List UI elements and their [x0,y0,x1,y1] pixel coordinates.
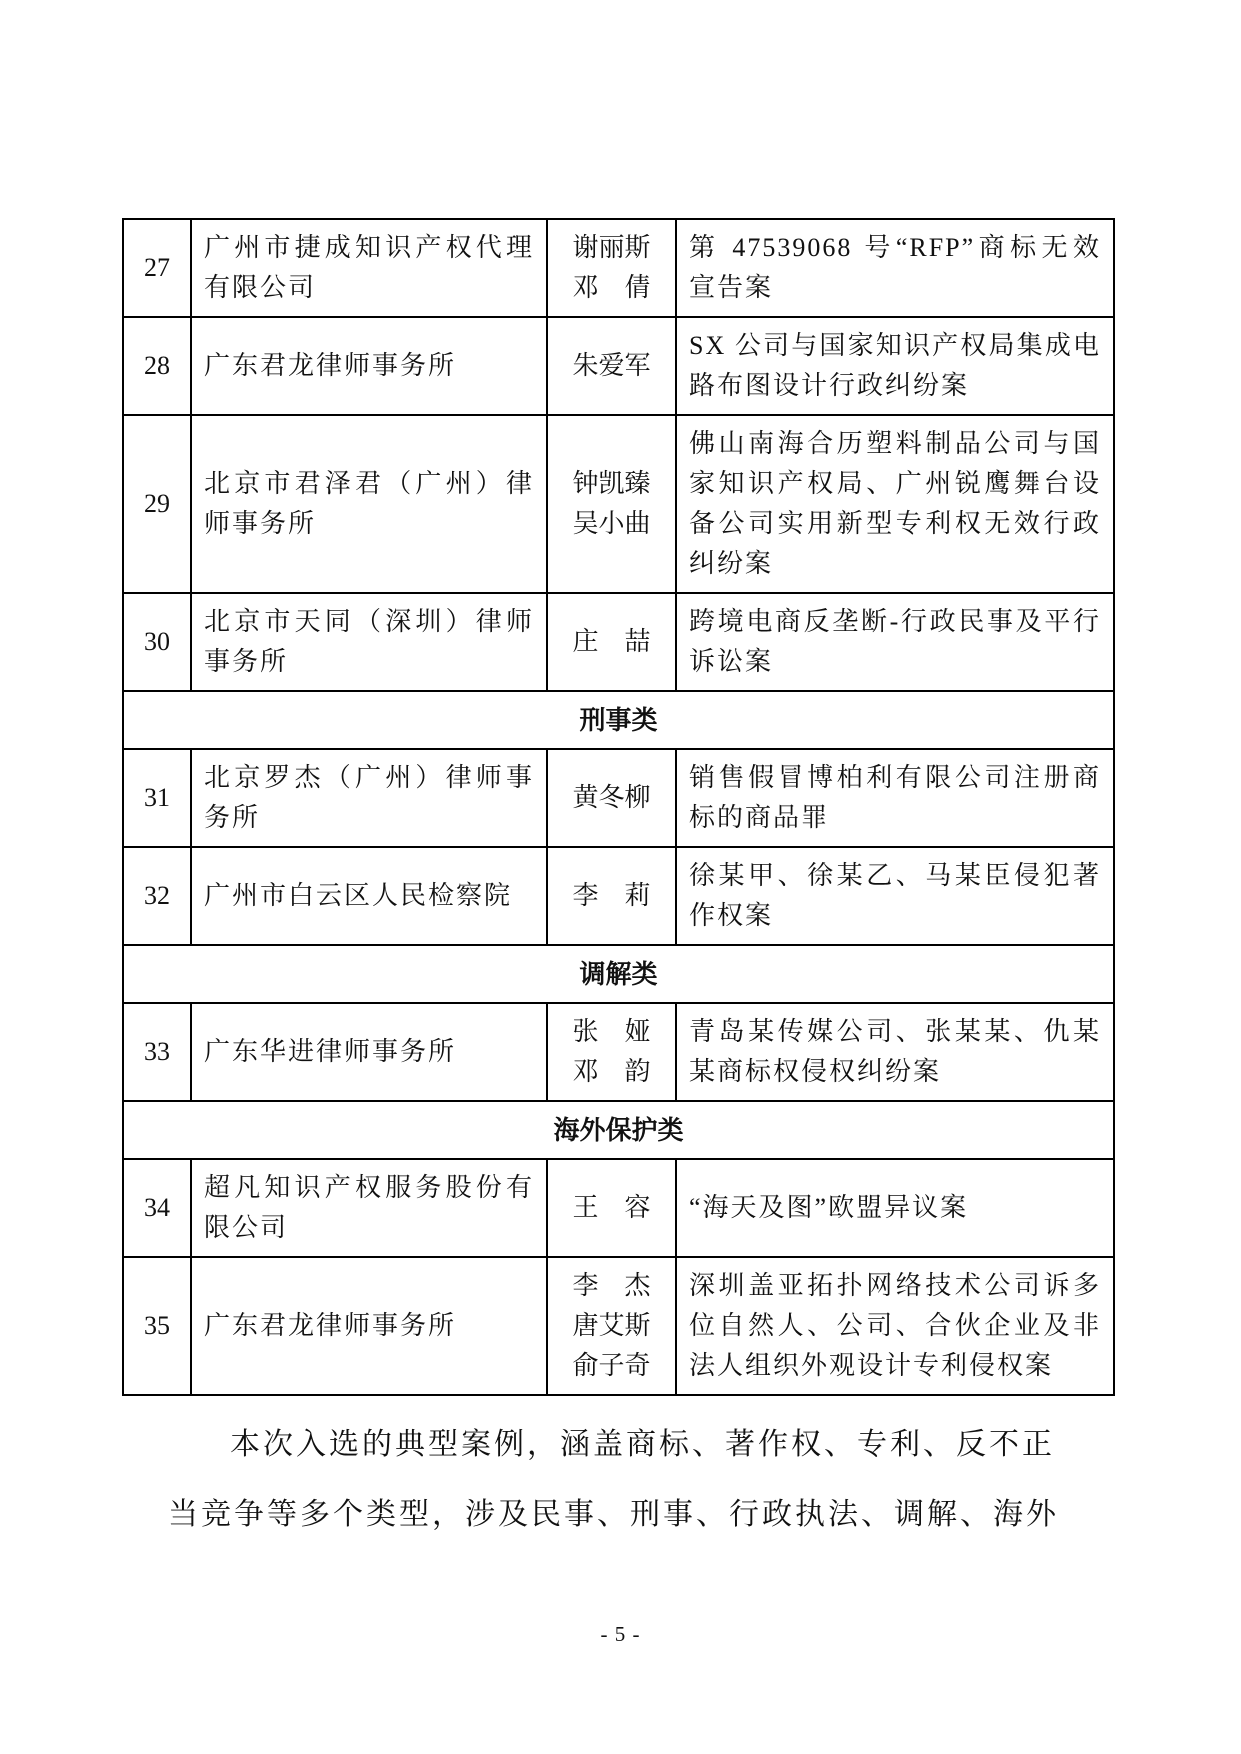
lawyer-name: 钟凯臻 [552,464,671,504]
firm-name: 北京市君泽君（广州）律师事务所 [191,415,547,593]
lawyer-name: 唐艾斯 [552,1306,671,1346]
row-number: 29 [123,415,191,593]
lawyer-names: 谢丽斯邓 倩 [547,219,676,317]
row-number: 31 [123,749,191,847]
case-name: 第 47539068 号“RFP”商标无效宣告案 [676,219,1114,317]
row-number: 34 [123,1159,191,1257]
case-table-body: 27广州市捷成知识产权代理有限公司谢丽斯邓 倩第 47539068 号“RFP”… [123,219,1114,1395]
firm-name: 超凡知识产权服务股份有限公司 [191,1159,547,1257]
table-row: 30北京市天同（深圳）律师事务所庄 喆跨境电商反垄断-行政民事及平行诉讼案 [123,593,1114,691]
case-name: “海天及图”欧盟异议案 [676,1159,1114,1257]
lawyer-names: 李 杰唐艾斯俞子奇 [547,1257,676,1395]
lawyer-names: 黄冬柳 [547,749,676,847]
case-name: 青岛某传媒公司、张某某、仇某某商标权侵权纠纷案 [676,1003,1114,1101]
row-number: 27 [123,219,191,317]
lawyer-name: 黄冬柳 [552,778,671,818]
lawyer-name: 王 容 [552,1188,671,1228]
case-name: SX 公司与国家知识产权局集成电路布图设计行政纠纷案 [676,317,1114,415]
lawyer-name: 邓 韵 [552,1052,671,1092]
table-row: 33广东华进律师事务所张 娅邓 韵青岛某传媒公司、张某某、仇某某商标权侵权纠纷案 [123,1003,1114,1101]
firm-name: 北京市天同（深圳）律师事务所 [191,593,547,691]
lawyer-name: 谢丽斯 [552,228,671,268]
firm-name: 广州市捷成知识产权代理有限公司 [191,219,547,317]
section-header: 刑事类 [123,691,1114,749]
table-row: 32广州市白云区人民检察院李 莉徐某甲、徐某乙、马某臣侵犯著作权案 [123,847,1114,945]
lawyer-names: 朱爱军 [547,317,676,415]
section-row: 刑事类 [123,691,1114,749]
lawyer-name: 庄 喆 [552,622,671,662]
row-number: 35 [123,1257,191,1395]
closing-paragraph: 本次入选的典型案例，涵盖商标、著作权、专利、反不正 当竞争等多个类型，涉及民事、… [168,1410,1068,1550]
section-header: 海外保护类 [123,1101,1114,1159]
row-number: 33 [123,1003,191,1101]
lawyer-name: 李 杰 [552,1266,671,1306]
lawyer-names: 张 娅邓 韵 [547,1003,676,1101]
section-row: 海外保护类 [123,1101,1114,1159]
case-name: 徐某甲、徐某乙、马某臣侵犯著作权案 [676,847,1114,945]
lawyer-name: 朱爱军 [552,346,671,386]
firm-name: 广州市白云区人民检察院 [191,847,547,945]
paragraph-line: 当竞争等多个类型，涉及民事、刑事、行政执法、调解、海外 [168,1480,1068,1550]
row-number: 28 [123,317,191,415]
lawyer-name: 邓 倩 [552,268,671,308]
lawyer-name: 李 莉 [552,876,671,916]
lawyer-name: 张 娅 [552,1012,671,1052]
section-header: 调解类 [123,945,1114,1003]
firm-name: 广东华进律师事务所 [191,1003,547,1101]
table-row: 27广州市捷成知识产权代理有限公司谢丽斯邓 倩第 47539068 号“RFP”… [123,219,1114,317]
lawyer-names: 王 容 [547,1159,676,1257]
case-name: 深圳盖亚拓扑网络技术公司诉多位自然人、公司、合伙企业及非法人组织外观设计专利侵权… [676,1257,1114,1395]
paragraph-line: 本次入选的典型案例，涵盖商标、著作权、专利、反不正 [168,1410,1068,1480]
lawyer-name: 吴小曲 [552,504,671,544]
case-table: 27广州市捷成知识产权代理有限公司谢丽斯邓 倩第 47539068 号“RFP”… [122,218,1115,1396]
section-row: 调解类 [123,945,1114,1003]
row-number: 32 [123,847,191,945]
firm-name: 北京罗杰（广州）律师事务所 [191,749,547,847]
table-row: 28广东君龙律师事务所朱爱军SX 公司与国家知识产权局集成电路布图设计行政纠纷案 [123,317,1114,415]
case-name: 佛山南海合历塑料制品公司与国家知识产权局、广州锐鹰舞台设备公司实用新型专利权无效… [676,415,1114,593]
table-row: 35广东君龙律师事务所李 杰唐艾斯俞子奇深圳盖亚拓扑网络技术公司诉多位自然人、公… [123,1257,1114,1395]
firm-name: 广东君龙律师事务所 [191,1257,547,1395]
case-name: 销售假冒博柏利有限公司注册商标的商品罪 [676,749,1114,847]
case-name: 跨境电商反垄断-行政民事及平行诉讼案 [676,593,1114,691]
row-number: 30 [123,593,191,691]
lawyer-names: 庄 喆 [547,593,676,691]
page-number: - 5 - [0,1622,1241,1647]
table-row: 31北京罗杰（广州）律师事务所黄冬柳销售假冒博柏利有限公司注册商标的商品罪 [123,749,1114,847]
lawyer-name: 俞子奇 [552,1346,671,1386]
lawyer-names: 钟凯臻吴小曲 [547,415,676,593]
lawyer-names: 李 莉 [547,847,676,945]
table-row: 34超凡知识产权服务股份有限公司王 容“海天及图”欧盟异议案 [123,1159,1114,1257]
document-page: 27广州市捷成知识产权代理有限公司谢丽斯邓 倩第 47539068 号“RFP”… [0,0,1241,1754]
firm-name: 广东君龙律师事务所 [191,317,547,415]
table-row: 29北京市君泽君（广州）律师事务所钟凯臻吴小曲佛山南海合历塑料制品公司与国家知识… [123,415,1114,593]
